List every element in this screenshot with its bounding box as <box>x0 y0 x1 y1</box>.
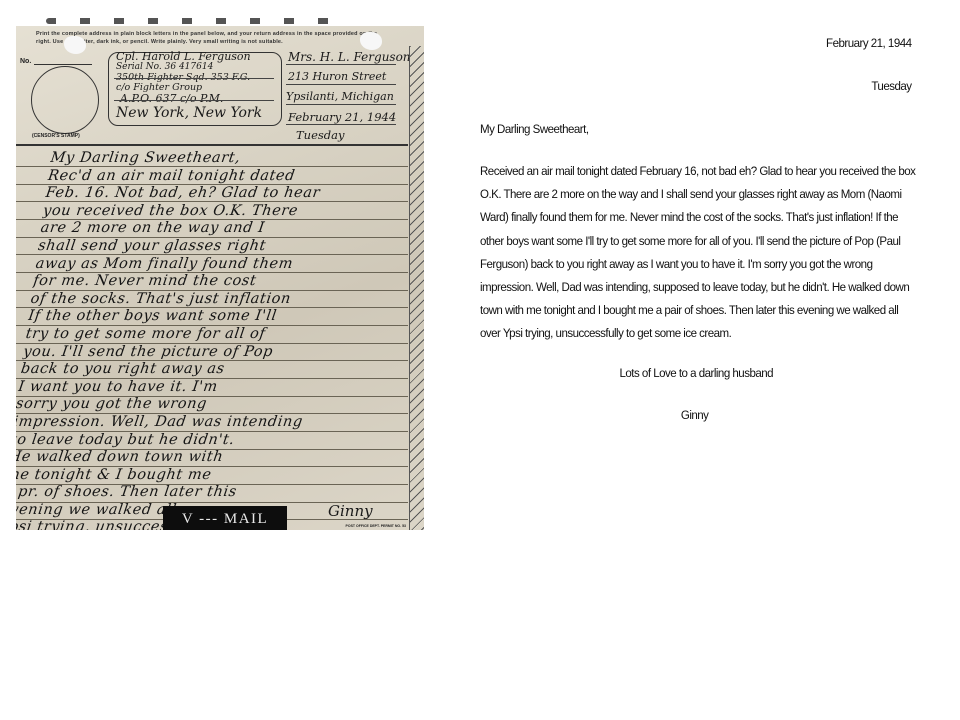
handwritten-line: to leave today but he didn't. <box>16 432 396 450</box>
handwritten-line: sorry you got the wrong <box>16 396 401 414</box>
postoffice-permit: POST OFFICE DEPT. PERMIT NO. 53 <box>346 524 406 528</box>
letter-body-line: Ferguson) back to you right away as I wa… <box>480 257 872 271</box>
letter-body-line: impression. Well, Dad was intending, sup… <box>480 280 909 294</box>
letter-salutation: My Darling Sweetheart, <box>480 122 589 136</box>
punch-hole <box>360 32 382 50</box>
handwritten-line: me tonight & I bought me <box>16 467 391 485</box>
to-address-line: A.P.O. 637 c/o P.M. <box>120 92 223 105</box>
handwritten-line: If the other boys want some I'll <box>27 308 413 326</box>
to-address-line: Serial No. 36 417614 <box>116 62 213 72</box>
censor-stamp-circle <box>31 66 99 134</box>
handwritten-line: impression. Well, Dad was intending <box>16 414 399 432</box>
letter-weekday: Tuesday <box>871 79 911 93</box>
handwritten-line: shall send your glasses right <box>37 238 423 256</box>
handwritten-line: away as Mom finally found them <box>34 256 420 274</box>
handwritten-line: Rec'd an air mail tonight dated <box>47 168 424 186</box>
address-rule <box>286 64 396 65</box>
letter-body-line: Ward) finally found them for me. Never m… <box>480 210 898 224</box>
address-rule <box>286 84 396 85</box>
handwritten-letter-body: My Darling Sweetheart, Rec'd an air mail… <box>16 150 424 534</box>
handwritten-line: of the socks. That's just inflation <box>29 291 415 309</box>
letter-closing: Lots of Love to a darling husband <box>620 366 774 380</box>
form-no-line <box>34 64 92 65</box>
handwritten-line: Feb. 16. Not bad, eh? Glad to hear <box>44 185 424 203</box>
vmail-scan-image: Print the complete address in plain bloc… <box>16 16 424 534</box>
punch-hole <box>64 36 86 54</box>
scan-registration-marks <box>46 18 344 24</box>
letter-date: February 21, 1944 <box>826 36 911 50</box>
letter-signature: Ginny <box>681 408 709 422</box>
form-no-label: No. <box>20 58 31 65</box>
handwritten-line: back to you right away as <box>20 361 406 379</box>
from-address-line: Mrs. H. L. Ferguson <box>288 50 411 64</box>
handwritten-line: you. I'll send the picture of Pop <box>22 344 408 362</box>
address-rule <box>286 104 396 105</box>
address-rule <box>114 78 274 79</box>
from-address-line: 213 Huron Street <box>288 70 386 83</box>
handwritten-line: for me. Never mind the cost <box>32 273 418 291</box>
from-address-line: Tuesday <box>296 128 345 142</box>
from-address-line: February 21, 1944 <box>288 110 396 124</box>
letter-body-line: O.K. There are 2 more on the way and I s… <box>480 187 902 201</box>
censor-stamp-label: (CENSOR'S STAMP) <box>32 133 80 139</box>
letter-body-line: other boys want some I'll try to get som… <box>480 234 900 248</box>
handwritten-line: are 2 more on the way and I <box>39 220 424 238</box>
scan-bottom-edge <box>16 530 424 534</box>
form-instructions: Print the complete address in plain bloc… <box>36 30 384 46</box>
header-separator <box>16 144 408 146</box>
handwritten-line: I want you to have it. I'm <box>17 379 403 397</box>
handwritten-line: My Darling Sweetheart, <box>49 150 424 168</box>
address-rule <box>114 100 274 101</box>
handwritten-line: you received the box O.K. There <box>42 203 424 221</box>
address-rule <box>286 124 396 125</box>
letter-body-line: town with me tonight and I bought me a p… <box>480 303 898 317</box>
to-address-line: New York, New York <box>116 105 262 121</box>
handwritten-line: a pr. of shoes. Then later this <box>16 484 389 502</box>
handwritten-line: try to get some more for all of <box>24 326 410 344</box>
vmail-badge: V --- MAIL <box>163 506 287 532</box>
handwritten-line: He walked down town with <box>16 449 394 467</box>
from-address-line: Ypsilanti, Michigan <box>286 90 394 103</box>
letter-body-line: over Ypsi trying, unsuccessfully to get … <box>480 326 731 340</box>
letter-body-line: Received an air mail tonight dated Febru… <box>480 164 915 178</box>
handwritten-signature: Ginny <box>328 502 373 520</box>
